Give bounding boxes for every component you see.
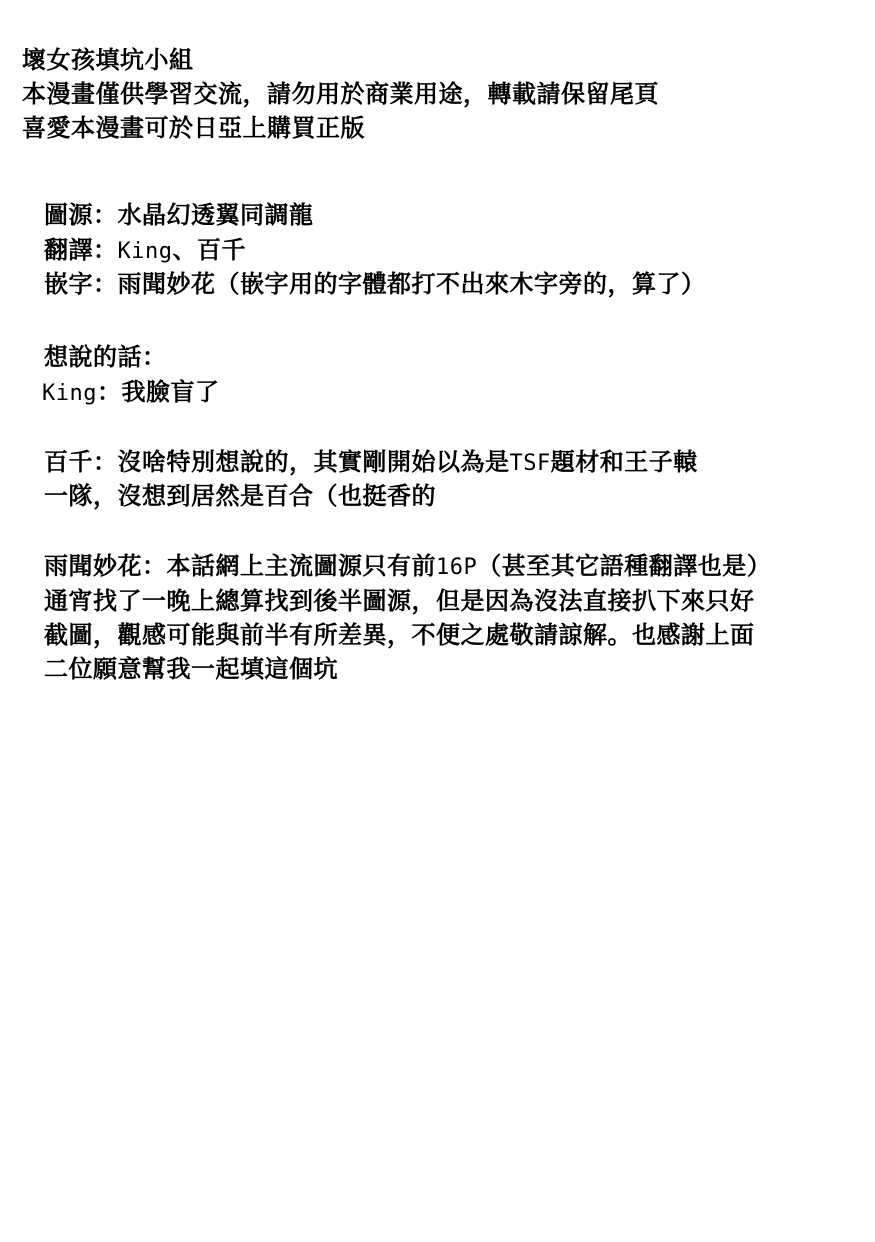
comment-yuwen-line4: 二位願意幫我一起填這個坑	[44, 655, 338, 683]
credit-source-label: 圖源：	[44, 201, 118, 229]
comment-text: 雨聞妙花：本話網上主流圖源只有前	[44, 552, 436, 580]
support-notice: 喜愛本漫畫可於日亞上購買正版	[22, 114, 365, 142]
comment-king-name: King	[42, 381, 97, 406]
comment-baiqian-line2: 一隊，沒想到居然是百合（也挺香的	[44, 482, 436, 510]
comment-text: 百千：沒啥特別想說的，其實剛開始以為是	[44, 448, 510, 476]
credit-translation-latin: King	[118, 239, 173, 264]
credit-typesetting-value: 雨聞妙花（嵌字用的字體都打不出來木字旁的，算了）	[118, 270, 706, 298]
comment-yuwen-line2: 通宵找了一晚上總算找到後半圖源，但是因為沒法直接扒下來只好	[44, 587, 755, 615]
credit-translation-rest: 、百千	[172, 236, 246, 264]
comment-latin: TSF	[510, 451, 551, 476]
comment-king: King：我臉盲了	[42, 378, 219, 408]
copyright-notice: 本漫畫僅供學習交流，請勿用於商業用途，轉載請保留尾頁	[22, 80, 659, 108]
comment-baiqian-line1: 百千：沒啥特別想說的，其實剛開始以為是TSF題材和王子轅	[44, 448, 698, 478]
credit-translation: 翻譯：King、百千	[44, 236, 246, 266]
comment-latin: 16P	[436, 555, 477, 580]
credit-source-value: 水晶幻透翼同調龍	[118, 201, 314, 229]
comment-text: 題材和王子轅	[551, 448, 698, 476]
comment-yuwen-line3: 截圖，觀感可能與前半有所差異，不便之處敬請諒解。也感謝上面	[44, 621, 755, 649]
credit-translation-label: 翻譯：	[44, 236, 118, 264]
comment-king-text: ：我臉盲了	[97, 378, 220, 406]
comment-yuwen-line1: 雨聞妙花：本話網上主流圖源只有前16P（甚至其它語種翻譯也是）	[44, 552, 771, 582]
credit-source: 圖源：水晶幻透翼同調龍	[44, 201, 314, 229]
group-name: 壞女孩填坑小組	[22, 46, 194, 74]
credit-typesetting: 嵌字：雨聞妙花（嵌字用的字體都打不出來木字旁的，算了）	[44, 270, 706, 298]
comment-text: （甚至其它語種翻譯也是）	[477, 552, 771, 580]
credit-typesetting-label: 嵌字：	[44, 270, 118, 298]
comments-heading: 想說的話：	[44, 343, 167, 371]
